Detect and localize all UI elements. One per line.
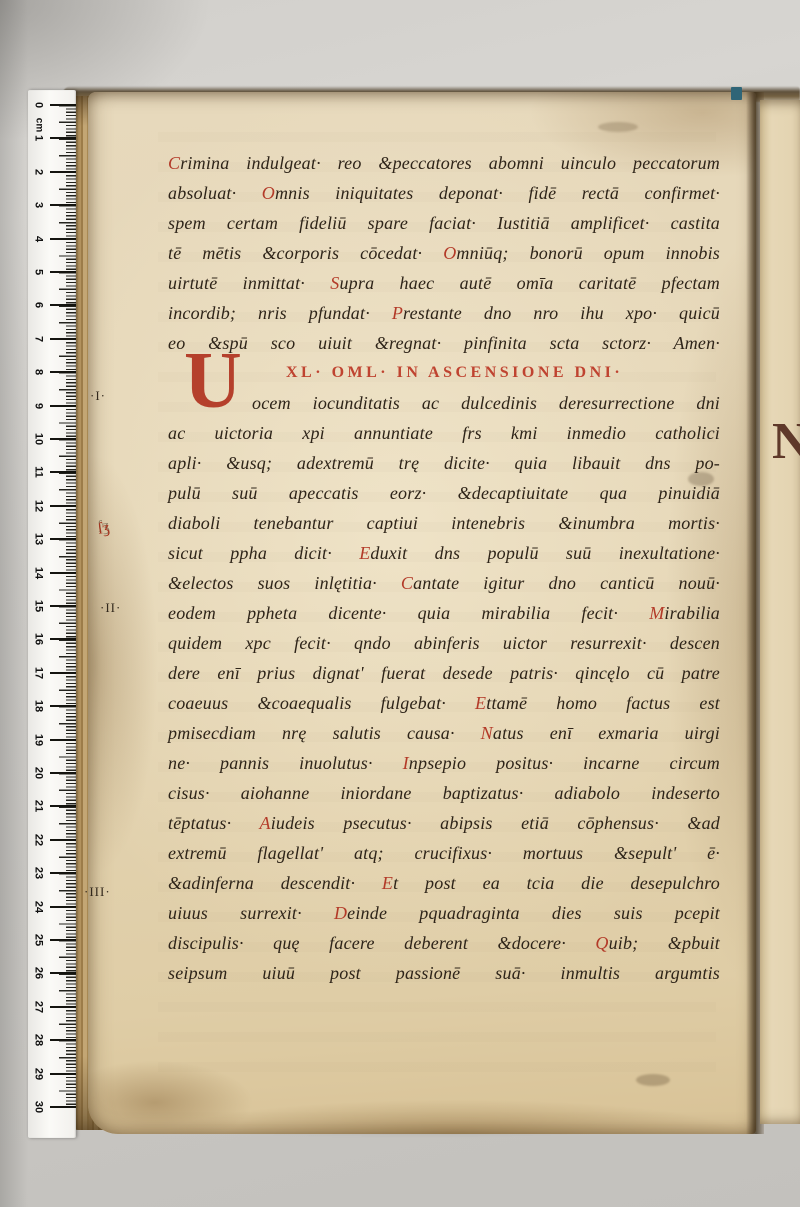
text-segment: t post ea tcia die desepulchro xyxy=(393,873,720,893)
ruler-cm-tick xyxy=(50,238,76,240)
ruler-number: 26 xyxy=(32,966,46,981)
ruler-number: 10 xyxy=(32,432,46,447)
text-segment: restante dno nro ihu xpo· quicū xyxy=(403,303,720,323)
text-segment: uirtutē inmittat· xyxy=(168,273,330,293)
ink-smudge xyxy=(636,1074,670,1086)
ruler-cm-tick xyxy=(50,271,76,273)
ruler-cm-tick xyxy=(50,939,76,941)
text-segment: eo &spū sco uiuit &regnat· pinfinita sct… xyxy=(168,333,720,353)
ruler-number: 4 xyxy=(32,231,46,246)
ruler-number: 11 xyxy=(32,465,46,480)
text-line: diaboli tenebantur captiui intenebris &i… xyxy=(168,508,720,538)
ruler-cm-tick xyxy=(50,672,76,674)
text-segment: atus enī exmaria uirgi xyxy=(493,723,720,743)
ruler-number: 3 xyxy=(32,198,46,213)
ruler-number: 0 xyxy=(32,98,46,113)
ruler-cm-tick xyxy=(50,972,76,974)
red-initial: E xyxy=(475,693,486,713)
text-line: tē mētis &corporis cōcedat· Omniūq; bono… xyxy=(168,238,720,268)
ruler: 0123456789101112131415161718192021222324… xyxy=(28,90,76,1138)
ruler-number: 5 xyxy=(32,265,46,280)
text-segment: seipsum uiuū post passionē suā· inmultis… xyxy=(168,963,720,983)
margin-mark-2: ·II· xyxy=(100,600,121,616)
margin-mark-3: ·III· xyxy=(84,884,111,900)
ruler-number: 29 xyxy=(32,1066,46,1081)
text-segment: einde pquadraginta dies suis pcepit xyxy=(347,903,720,923)
ruler-number: 20 xyxy=(32,766,46,781)
ruler-cm-tick xyxy=(50,705,76,707)
text-segment: uib; &pbuit xyxy=(609,933,720,953)
ruler-number: 9 xyxy=(32,398,46,413)
text-line: pulū suū apeccatis eorz· &decaptiuitate … xyxy=(168,478,720,508)
ruler-number: 28 xyxy=(32,1033,46,1048)
ruler-cm-tick xyxy=(50,471,76,473)
manuscript-page: U Crimina indulgeat· reo &peccatores abo… xyxy=(88,92,756,1134)
ruler-cm-tick xyxy=(50,839,76,841)
text-segment: irabilia xyxy=(664,603,720,623)
margin-ornament: ſʒ xyxy=(97,519,111,538)
ruler-cm-tick xyxy=(50,605,76,607)
ruler-cm-tick xyxy=(50,906,76,908)
text-segment: eodem ppheta dicente· quia mirabilia fec… xyxy=(168,603,649,623)
ruler-cm-tick xyxy=(50,772,76,774)
red-initial: A xyxy=(259,813,270,833)
red-initial: C xyxy=(168,153,180,173)
text-line: pmisecdiam nrę salutis causa· Natus enī … xyxy=(168,718,720,748)
text-segment: rimina indulgeat· reo &peccatores abomni… xyxy=(180,153,720,173)
text-segment: duxit dns populū suū inexultatione· xyxy=(370,543,720,563)
text-line: ac uictoria xpi annuntiate frs kmi inmed… xyxy=(168,418,720,448)
text-segment: ac uictoria xpi annuntiate frs kmi inmed… xyxy=(168,423,720,443)
text-line: cisus· aiohanne iniordane baptizatus· ad… xyxy=(168,778,720,808)
ruler-cm-tick xyxy=(50,1073,76,1075)
text-segment: extremū flagellat' atq; crucifixus· mort… xyxy=(168,843,720,863)
text-line: apli· &usq; adextremū trę dicite· quia l… xyxy=(168,448,720,478)
text-segment: sicut ppha dicit· xyxy=(168,543,359,563)
text-segment: spem certam fideliū spare faciat· Iustit… xyxy=(168,213,720,233)
ruler-number: 27 xyxy=(32,999,46,1014)
text-line: uirtutē inmittat· Supra haec autē omīa c… xyxy=(168,268,720,298)
ruler-cm-tick xyxy=(50,872,76,874)
text-segment: ttamē homo factus est xyxy=(486,693,720,713)
ruler-number: 2 xyxy=(32,164,46,179)
text-segment: absoluat· xyxy=(168,183,262,203)
ruler-cm-tick xyxy=(50,171,76,173)
text-line: extremū flagellat' atq; crucifixus· mort… xyxy=(168,838,720,868)
text-segment: discipulis· quę facere deberent &docere· xyxy=(168,933,595,953)
ruler-number: 14 xyxy=(32,565,46,580)
text-segment: upra haec autē omīa caritatē pfectam xyxy=(339,273,720,293)
margin-mark-1: ·I· xyxy=(90,388,106,404)
text-segment: &electos suos inlętitia· xyxy=(168,573,401,593)
red-initial: O xyxy=(443,243,456,263)
ruler-number: 17 xyxy=(32,665,46,680)
text-segment: pulū suū apeccatis eorz· &decaptiuitate … xyxy=(168,483,720,503)
ruler-number: 25 xyxy=(32,933,46,948)
text-line: incordib; nris pfundat· Prestante dno nr… xyxy=(168,298,720,328)
ruler-cm-tick xyxy=(50,204,76,206)
ruler-number: 21 xyxy=(32,799,46,814)
red-initial: Q xyxy=(595,933,608,953)
text-segment: ne· pannis inuolutus· xyxy=(168,753,403,773)
text-segment: quidem xpc fecit· qndo abinferis uictor … xyxy=(168,633,720,653)
text-line: eo &spū sco uiuit &regnat· pinfinita sct… xyxy=(168,328,720,358)
text-line: coaeuus &coaequalis fulgebat· Ettamē hom… xyxy=(168,688,720,718)
text-segment: coaeuus &coaequalis fulgebat· xyxy=(168,693,475,713)
text-segment: ocem iocunditatis ac dulcedinis deresurr… xyxy=(252,393,720,413)
text-line: quidem xpc fecit· qndo abinferis uictor … xyxy=(168,628,720,658)
ruler-cm-tick xyxy=(50,1039,76,1041)
ruler-number: 22 xyxy=(32,832,46,847)
text-segment: tē mētis &corporis cōcedat· xyxy=(168,243,443,263)
text-line: sicut ppha dicit· Eduxit dns populū suū … xyxy=(168,538,720,568)
book: U Crimina indulgeat· reo &peccatores abo… xyxy=(0,0,800,1207)
text-segment: npsepio positus· incarne circum xyxy=(409,753,720,773)
text-segment: diaboli tenebantur captiui intenebris &i… xyxy=(168,513,720,533)
text-segment: pmisecdiam nrę salutis causa· xyxy=(168,723,481,743)
ink-smudge xyxy=(598,122,638,132)
text-line: seipsum uiuū post passionē suā· inmultis… xyxy=(168,958,720,988)
red-initial: O xyxy=(262,183,275,203)
ruler-cm-tick xyxy=(50,438,76,440)
ruler-number: 12 xyxy=(32,498,46,513)
red-initial: E xyxy=(359,543,370,563)
text-segment: tēptatus· xyxy=(168,813,259,833)
bookmark-tab xyxy=(731,87,742,100)
ruler-number: 23 xyxy=(32,866,46,881)
ruler-number: 15 xyxy=(32,599,46,614)
ruler-cm-tick xyxy=(50,505,76,507)
ruler-number: 30 xyxy=(32,1100,46,1115)
text-segment: antate igitur dno canticū nouū· xyxy=(413,573,720,593)
red-initial: N xyxy=(481,723,493,743)
ruler-cm-tick xyxy=(50,1106,76,1108)
ruler-number: 1 xyxy=(32,131,46,146)
ruler-number: 8 xyxy=(32,365,46,380)
ruler-unit-label: cm xyxy=(33,118,47,133)
text-segment: iudeis psecutus· abipsis etiā cōphensus·… xyxy=(271,813,720,833)
text-line: ne· pannis inuolutus· Inpsepio positus· … xyxy=(168,748,720,778)
ruler-cm-tick xyxy=(50,572,76,574)
text-segment: mnis iniquitates deponat· fidē rectā con… xyxy=(275,183,720,203)
red-initial: E xyxy=(382,873,393,893)
ruler-cm-tick xyxy=(50,538,76,540)
ruler-cm-tick xyxy=(50,1006,76,1008)
text-line: absoluat· Omnis iniquitates deponat· fid… xyxy=(168,178,720,208)
text-line: &electos suos inlętitia· Cantate igitur … xyxy=(168,568,720,598)
text-line: ocem iocunditatis ac dulcedinis deresurr… xyxy=(168,388,720,418)
text-line: discipulis· quę facere deberent &docere·… xyxy=(168,928,720,958)
ruler-number: 24 xyxy=(32,899,46,914)
red-initial: M xyxy=(649,603,664,623)
facing-page-initial: N xyxy=(772,416,800,468)
photo-background: U Crimina indulgeat· reo &peccatores abo… xyxy=(0,0,800,1207)
red-initial: C xyxy=(401,573,413,593)
text-line: uiuus surrexit· Deinde pquadraginta dies… xyxy=(168,898,720,928)
text-segment: mniūq; bonorū opum innobis xyxy=(456,243,720,263)
text-block: Crimina indulgeat· reo &peccatores abomn… xyxy=(168,148,720,988)
text-line: spem certam fideliū spare faciat· Iustit… xyxy=(168,208,720,238)
text-segment: uiuus surrexit· xyxy=(168,903,334,923)
text-segment: dere enī prius dignat' fuerat desede pat… xyxy=(168,663,720,683)
ruler-cm-tick xyxy=(50,104,76,106)
ruler-number: 18 xyxy=(32,699,46,714)
text-segment: &adinferna descendit· xyxy=(168,873,382,893)
ruler-cm-tick xyxy=(50,304,76,306)
ruler-cm-tick xyxy=(50,805,76,807)
ruler-number: 7 xyxy=(32,331,46,346)
text-segment: apli· &usq; adextremū trę dicite· quia l… xyxy=(168,453,720,473)
ruler-cm-tick xyxy=(50,739,76,741)
rubric-line: XL· OML· IN ASCENSIONE DNI· xyxy=(286,358,720,388)
text-line: Crimina indulgeat· reo &peccatores abomn… xyxy=(168,148,720,178)
ruler-cm-tick xyxy=(50,371,76,373)
ruler-cm-tick xyxy=(50,405,76,407)
text-line: &adinferna descendit· Et post ea tcia di… xyxy=(168,868,720,898)
ruler-number: 13 xyxy=(32,532,46,547)
ruler-number: 19 xyxy=(32,732,46,747)
red-initial: D xyxy=(334,903,347,923)
ruler-cm-tick xyxy=(50,137,76,139)
ruler-cm-tick xyxy=(50,338,76,340)
text-line: tēptatus· Aiudeis psecutus· abipsis etiā… xyxy=(168,808,720,838)
ruler-cm-tick xyxy=(50,638,76,640)
text-line: eodem ppheta dicente· quia mirabilia fec… xyxy=(168,598,720,628)
red-initial: P xyxy=(392,303,403,323)
ruler-number: 6 xyxy=(32,298,46,313)
text-segment: cisus· aiohanne iniordane baptizatus· ad… xyxy=(168,783,720,803)
text-line: dere enī prius dignat' fuerat desede pat… xyxy=(168,658,720,688)
text-segment: incordib; nris pfundat· xyxy=(168,303,392,323)
ruler-number: 16 xyxy=(32,632,46,647)
facing-page: N xyxy=(760,100,800,1124)
